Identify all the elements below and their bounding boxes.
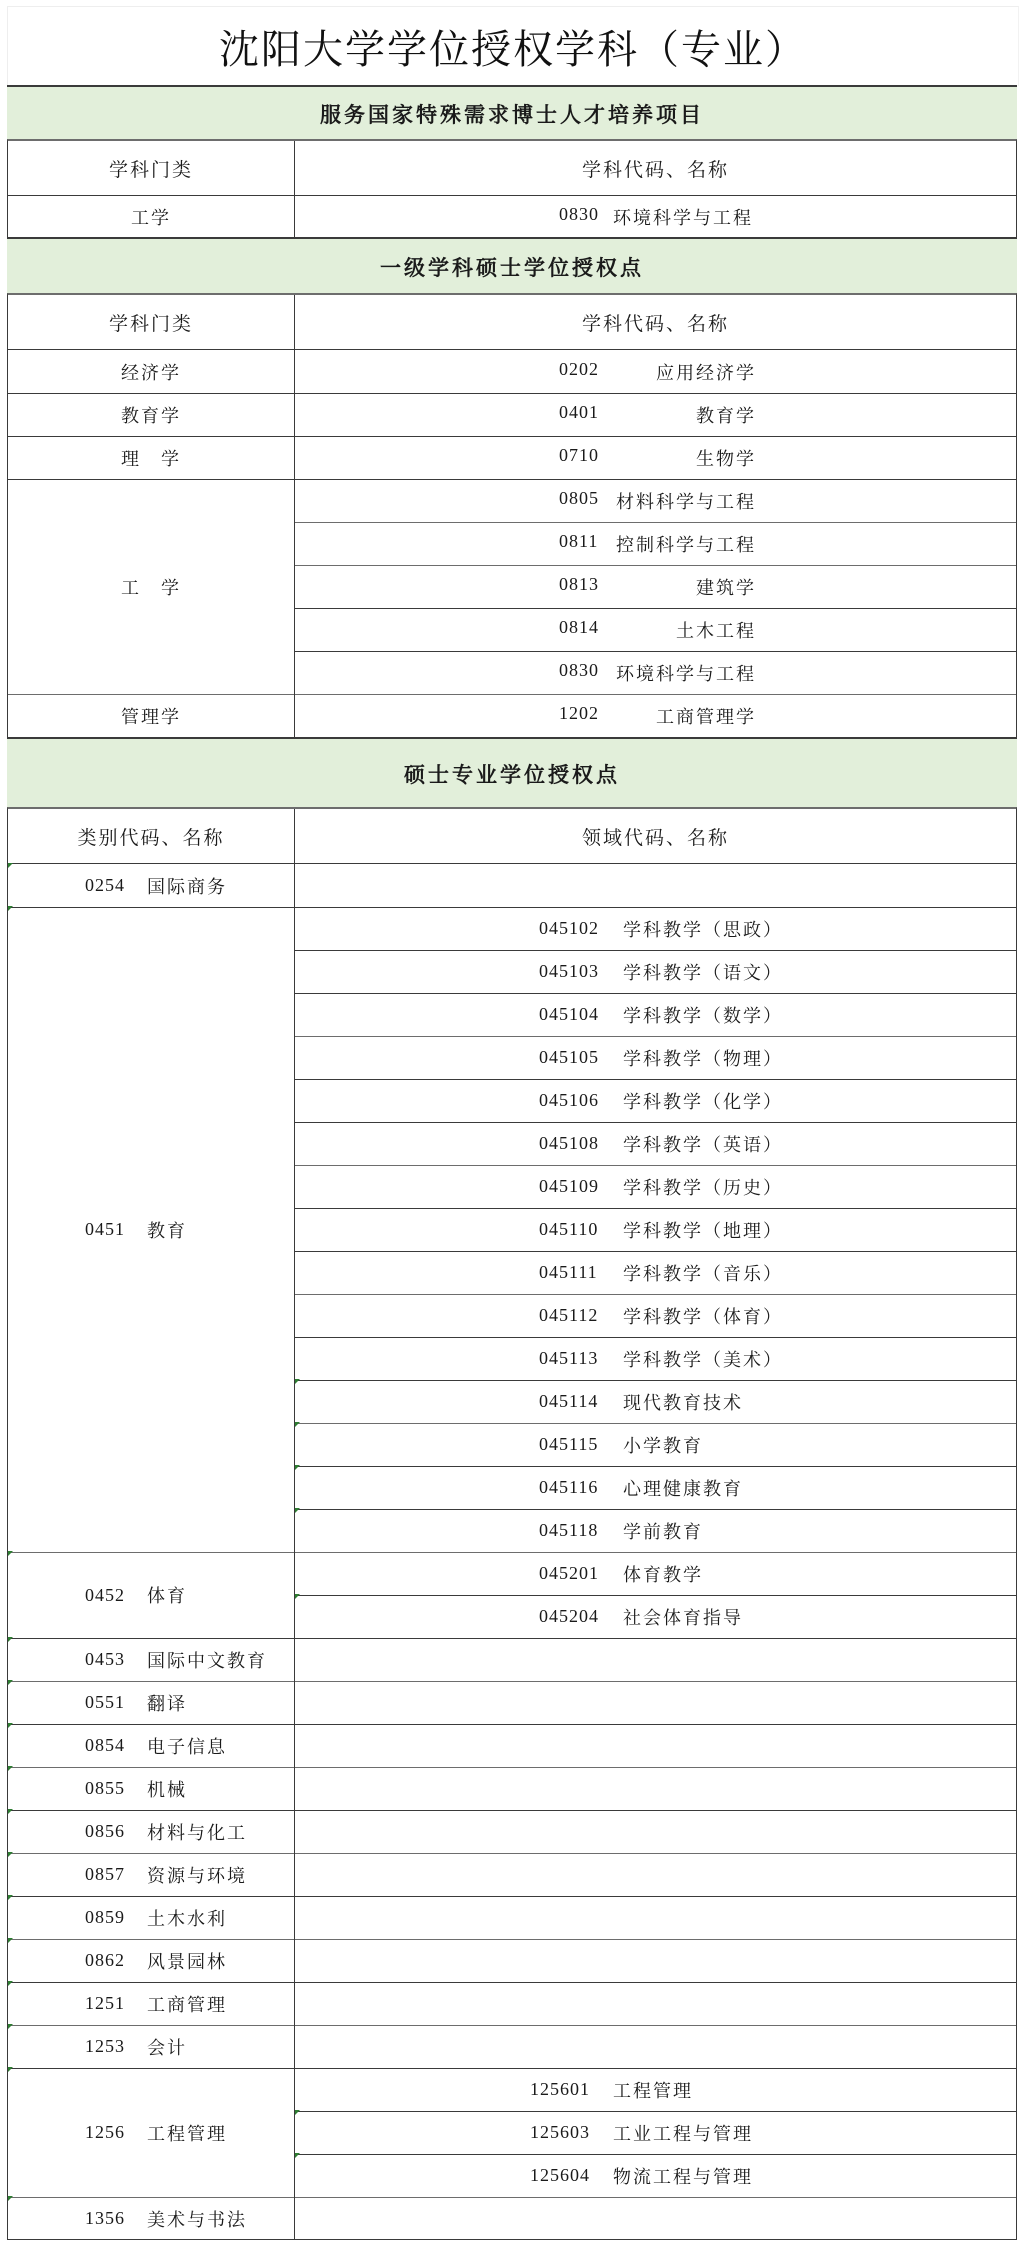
field-code: 125604 bbox=[530, 2165, 590, 2186]
empty-field-cell bbox=[295, 2197, 1016, 2240]
table-row: 045106学科教学（化学） bbox=[295, 1079, 1016, 1122]
category-name: 风景园林 bbox=[147, 1948, 227, 1974]
category-cell: 0857资源与环境 bbox=[8, 1853, 295, 1896]
category-name: 国际中文教育 bbox=[147, 1647, 267, 1673]
cell-marker-icon bbox=[8, 1766, 13, 1771]
category-name: 会计 bbox=[147, 2034, 187, 2060]
cell-marker-icon bbox=[8, 1852, 13, 1857]
category-cell: 0451教育 bbox=[8, 907, 295, 1552]
category-code: 0254 bbox=[85, 875, 125, 896]
table-row: 045104学科教学（数学） bbox=[295, 993, 1016, 1036]
table-row: 045116心理健康教育 bbox=[295, 1466, 1016, 1509]
field-name: 学科教学（地理） bbox=[623, 1217, 783, 1243]
field-code: 045102 bbox=[539, 918, 599, 939]
field-name: 学科教学（数学） bbox=[623, 1002, 783, 1028]
field-name: 物流工程与管理 bbox=[613, 2163, 753, 2189]
empty-field-cell bbox=[295, 1982, 1016, 2025]
column-header-category: 学科门类 bbox=[8, 295, 295, 349]
cell-marker-icon bbox=[8, 1680, 13, 1685]
column-header-category-code-name: 类别代码、名称 bbox=[8, 809, 295, 863]
cell-marker-icon bbox=[8, 1895, 13, 1900]
subject-name: 建筑学 bbox=[696, 574, 756, 600]
table-row: 125603工业工程与管理 bbox=[295, 2111, 1016, 2154]
cell-marker-icon bbox=[8, 863, 13, 868]
field-name: 学科教学（物理） bbox=[623, 1045, 783, 1071]
category-name: 翻译 bbox=[147, 1690, 187, 1716]
table-row: 0830 环境科学与工程 bbox=[295, 196, 1016, 238]
field-code: 045114 bbox=[539, 1391, 598, 1412]
category-name: 美术与书法 bbox=[147, 2206, 247, 2232]
cell-marker-icon bbox=[8, 2196, 13, 2201]
field-name: 学科教学（音乐） bbox=[623, 1260, 783, 1286]
empty-field-cell bbox=[295, 2025, 1016, 2068]
subject-entry: 0805材料科学与工程 bbox=[559, 488, 756, 514]
field-code: 045115 bbox=[539, 1434, 598, 1455]
category-code: 0855 bbox=[85, 1778, 125, 1799]
cell-marker-icon bbox=[8, 1981, 13, 1986]
subject-code: 0814 bbox=[559, 617, 599, 643]
field-name: 学前教育 bbox=[623, 1518, 703, 1544]
category-code: 0452 bbox=[85, 1585, 125, 1606]
category-cell: 工学 bbox=[8, 196, 295, 238]
category-code: 1251 bbox=[85, 1993, 125, 2014]
column-header-field-code-name: 领域代码、名称 bbox=[295, 809, 1016, 863]
field-code: 125603 bbox=[530, 2122, 590, 2143]
table-row: 045110学科教学（地理） bbox=[295, 1208, 1016, 1251]
category-code: 0451 bbox=[85, 1219, 125, 1240]
category-name: 国际商务 bbox=[147, 873, 227, 899]
category-name: 资源与环境 bbox=[147, 1862, 247, 1888]
empty-field-cell bbox=[295, 1638, 1016, 1681]
table-row: 045103学科教学（语文） bbox=[295, 950, 1016, 993]
subject-name: 环境科学与工程 bbox=[613, 204, 753, 230]
table-row: 045102学科教学（思政） bbox=[295, 907, 1016, 950]
category-name: 材料与化工 bbox=[147, 1819, 247, 1845]
empty-field-cell bbox=[295, 1810, 1016, 1853]
field-code: 045104 bbox=[539, 1004, 599, 1025]
field-name: 学科教学（体育） bbox=[623, 1303, 783, 1329]
category-cell: 0855机械 bbox=[8, 1767, 295, 1810]
category-cell: 工 学 bbox=[8, 479, 295, 694]
category-cell: 教育学 bbox=[8, 393, 295, 436]
table-row: 045114现代教育技术 bbox=[295, 1380, 1016, 1423]
category-cell: 理 学 bbox=[8, 436, 295, 479]
table-row: 125601工程管理 bbox=[295, 2068, 1016, 2111]
subject-code: 0710 bbox=[559, 445, 599, 471]
subject-code: 1202 bbox=[559, 703, 599, 729]
table-row: 0830环境科学与工程 bbox=[295, 651, 1016, 694]
subject-name: 工商管理学 bbox=[656, 703, 756, 729]
category-cell: 0551翻译 bbox=[8, 1681, 295, 1724]
category-cell: 经济学 bbox=[8, 350, 295, 393]
field-name: 小学教育 bbox=[623, 1432, 703, 1458]
subject-entry: 0401教育学 bbox=[559, 402, 756, 428]
subject-code: 0813 bbox=[559, 574, 599, 600]
category-cell: 1356美术与书法 bbox=[8, 2197, 295, 2240]
field-code: 045113 bbox=[539, 1348, 598, 1369]
field-name: 学科教学（美术） bbox=[623, 1346, 783, 1372]
section-heading-professional-masters: 硕士专业学位授权点 bbox=[7, 737, 1017, 809]
table-row: 1202工商管理学 bbox=[295, 694, 1016, 737]
field-code: 045204 bbox=[539, 1606, 599, 1627]
field-code: 045201 bbox=[539, 1563, 599, 1584]
category-code: 0862 bbox=[85, 1950, 125, 1971]
category-code: 1253 bbox=[85, 2036, 125, 2057]
category-code: 0857 bbox=[85, 1864, 125, 1885]
section-heading-doctoral-project: 服务国家特殊需求博士人才培养项目 bbox=[7, 85, 1017, 141]
field-code: 045108 bbox=[539, 1133, 599, 1154]
category-cell: 1256工程管理 bbox=[8, 2068, 295, 2197]
subject-code: 0202 bbox=[559, 359, 599, 385]
empty-field-cell bbox=[295, 1896, 1016, 1939]
table-row: 045112学科教学（体育） bbox=[295, 1294, 1016, 1337]
cell-marker-icon bbox=[8, 906, 13, 911]
field-name: 工业工程与管理 bbox=[613, 2120, 753, 2146]
field-name: 体育教学 bbox=[623, 1561, 703, 1587]
empty-field-cell bbox=[295, 1724, 1016, 1767]
column-header-category: 学科门类 bbox=[8, 141, 295, 195]
table-row: 045118学前教育 bbox=[295, 1509, 1016, 1552]
cell-marker-icon bbox=[8, 1809, 13, 1814]
subject-name: 应用经济学 bbox=[656, 359, 756, 385]
page-title: 沈阳大学学位授权学科（专业） bbox=[7, 6, 1019, 86]
field-code: 045109 bbox=[539, 1176, 599, 1197]
subject-name: 控制科学与工程 bbox=[616, 531, 756, 557]
field-name: 学科教学（历史） bbox=[623, 1174, 783, 1200]
table-row: 0811控制科学与工程 bbox=[295, 522, 1016, 565]
professional-masters-table: 类别代码、名称 领域代码、名称 0254国际商务0451教育045102学科教学… bbox=[7, 807, 1017, 2240]
empty-field-cell bbox=[295, 1853, 1016, 1896]
category-code: 0854 bbox=[85, 1735, 125, 1756]
table-row: 0814土木工程 bbox=[295, 608, 1016, 651]
subject-name: 土木工程 bbox=[676, 617, 756, 643]
category-name: 工程管理 bbox=[147, 2120, 227, 2146]
category-name: 电子信息 bbox=[147, 1733, 227, 1759]
cell-marker-icon bbox=[8, 2067, 13, 2072]
subject-entry: 0813建筑学 bbox=[559, 574, 756, 600]
category-cell: 0854电子信息 bbox=[8, 1724, 295, 1767]
subject-entry: 0814土木工程 bbox=[559, 617, 756, 643]
table-row: 0813建筑学 bbox=[295, 565, 1016, 608]
subject-code: 0830 bbox=[559, 660, 599, 686]
category-code: 0856 bbox=[85, 1821, 125, 1842]
table-row: 0401教育学 bbox=[295, 393, 1016, 436]
category-cell: 管理学 bbox=[8, 694, 295, 737]
category-cell: 0862风景园林 bbox=[8, 1939, 295, 1982]
table-row: 045109学科教学（历史） bbox=[295, 1165, 1016, 1208]
subject-entry: 0710生物学 bbox=[559, 445, 756, 471]
table-row: 045111学科教学（音乐） bbox=[295, 1251, 1016, 1294]
subject-name: 材料科学与工程 bbox=[616, 488, 756, 514]
category-cell: 1253会计 bbox=[8, 2025, 295, 2068]
field-code: 125601 bbox=[530, 2079, 590, 2100]
first-level-masters-table: 学科门类 学科代码、名称 经济学 0202应用经济学 教育学 0401教育学 理… bbox=[7, 293, 1017, 738]
empty-field-cell bbox=[295, 1767, 1016, 1810]
subject-code: 0401 bbox=[559, 402, 599, 428]
table-row: 045204社会体育指导 bbox=[295, 1595, 1016, 1638]
table-row: 0710生物学 bbox=[295, 436, 1016, 479]
empty-field-cell bbox=[295, 1939, 1016, 1982]
category-code: 1356 bbox=[85, 2208, 125, 2229]
category-cell: 0856材料与化工 bbox=[8, 1810, 295, 1853]
field-code: 045105 bbox=[539, 1047, 599, 1068]
field-name: 学科教学（语文） bbox=[623, 959, 783, 985]
cell-marker-icon bbox=[8, 1723, 13, 1728]
column-header-code-name: 学科代码、名称 bbox=[295, 295, 1016, 349]
table-row: 045108学科教学（英语） bbox=[295, 1122, 1016, 1165]
subject-code: 0830 bbox=[559, 204, 599, 230]
category-name: 土木水利 bbox=[147, 1905, 227, 1931]
field-code: 045112 bbox=[539, 1305, 598, 1326]
subject-entry: 0830环境科学与工程 bbox=[559, 660, 756, 686]
field-code: 045116 bbox=[539, 1477, 598, 1498]
table-row: 045113学科教学（美术） bbox=[295, 1337, 1016, 1380]
doctoral-project-table: 学科门类 学科代码、名称 工学 0830 环境科学与工程 bbox=[7, 139, 1017, 238]
table-row: 125604物流工程与管理 bbox=[295, 2154, 1016, 2197]
section-heading-first-level-masters: 一级学科硕士学位授权点 bbox=[7, 237, 1017, 295]
category-code: 0551 bbox=[85, 1692, 125, 1713]
field-code: 045106 bbox=[539, 1090, 599, 1111]
subject-entry: 0202应用经济学 bbox=[559, 359, 756, 385]
empty-field-cell bbox=[295, 1681, 1016, 1724]
subject-entry: 0811控制科学与工程 bbox=[559, 531, 756, 557]
category-cell: 0452体育 bbox=[8, 1552, 295, 1638]
table-row: 0805材料科学与工程 bbox=[295, 479, 1016, 522]
field-name: 学科教学（英语） bbox=[623, 1131, 783, 1157]
subject-name: 生物学 bbox=[696, 445, 756, 471]
cell-marker-icon bbox=[8, 2024, 13, 2029]
field-name: 学科教学（化学） bbox=[623, 1088, 783, 1114]
category-cell: 0453国际中文教育 bbox=[8, 1638, 295, 1681]
category-cell: 0254国际商务 bbox=[8, 864, 295, 907]
subject-name: 环境科学与工程 bbox=[616, 660, 756, 686]
field-name: 现代教育技术 bbox=[623, 1389, 743, 1415]
field-name: 社会体育指导 bbox=[623, 1604, 743, 1630]
table-row: 045201体育教学 bbox=[295, 1552, 1016, 1595]
cell-marker-icon bbox=[8, 1551, 13, 1556]
subject-code: 0805 bbox=[559, 488, 599, 514]
category-name: 工商管理 bbox=[147, 1991, 227, 2017]
category-cell: 1251工商管理 bbox=[8, 1982, 295, 2025]
field-name: 学科教学（思政） bbox=[623, 916, 783, 942]
table-row: 0202应用经济学 bbox=[295, 350, 1016, 393]
category-code: 1256 bbox=[85, 2122, 125, 2143]
category-code: 0859 bbox=[85, 1907, 125, 1928]
category-name: 教育 bbox=[147, 1217, 187, 1243]
field-code: 045118 bbox=[539, 1520, 598, 1541]
field-code: 045111 bbox=[539, 1262, 598, 1283]
column-header-code-name: 学科代码、名称 bbox=[295, 141, 1016, 195]
subject-code: 0811 bbox=[559, 531, 598, 557]
empty-field-cell bbox=[295, 864, 1016, 907]
category-cell: 0859土木水利 bbox=[8, 1896, 295, 1939]
field-name: 工程管理 bbox=[613, 2077, 693, 2103]
cell-marker-icon bbox=[8, 1938, 13, 1943]
table-row: 045115小学教育 bbox=[295, 1423, 1016, 1466]
subject-entry: 1202工商管理学 bbox=[559, 703, 756, 729]
field-code: 045110 bbox=[539, 1219, 598, 1240]
cell-marker-icon bbox=[8, 1637, 13, 1642]
subject-entry: 0830 环境科学与工程 bbox=[559, 204, 779, 230]
subject-name: 教育学 bbox=[696, 402, 756, 428]
category-code: 0453 bbox=[85, 1649, 125, 1670]
field-code: 045103 bbox=[539, 961, 599, 982]
field-name: 心理健康教育 bbox=[623, 1475, 743, 1501]
category-name: 体育 bbox=[147, 1582, 187, 1608]
category-name: 机械 bbox=[147, 1776, 187, 1802]
table-row: 045105学科教学（物理） bbox=[295, 1036, 1016, 1079]
